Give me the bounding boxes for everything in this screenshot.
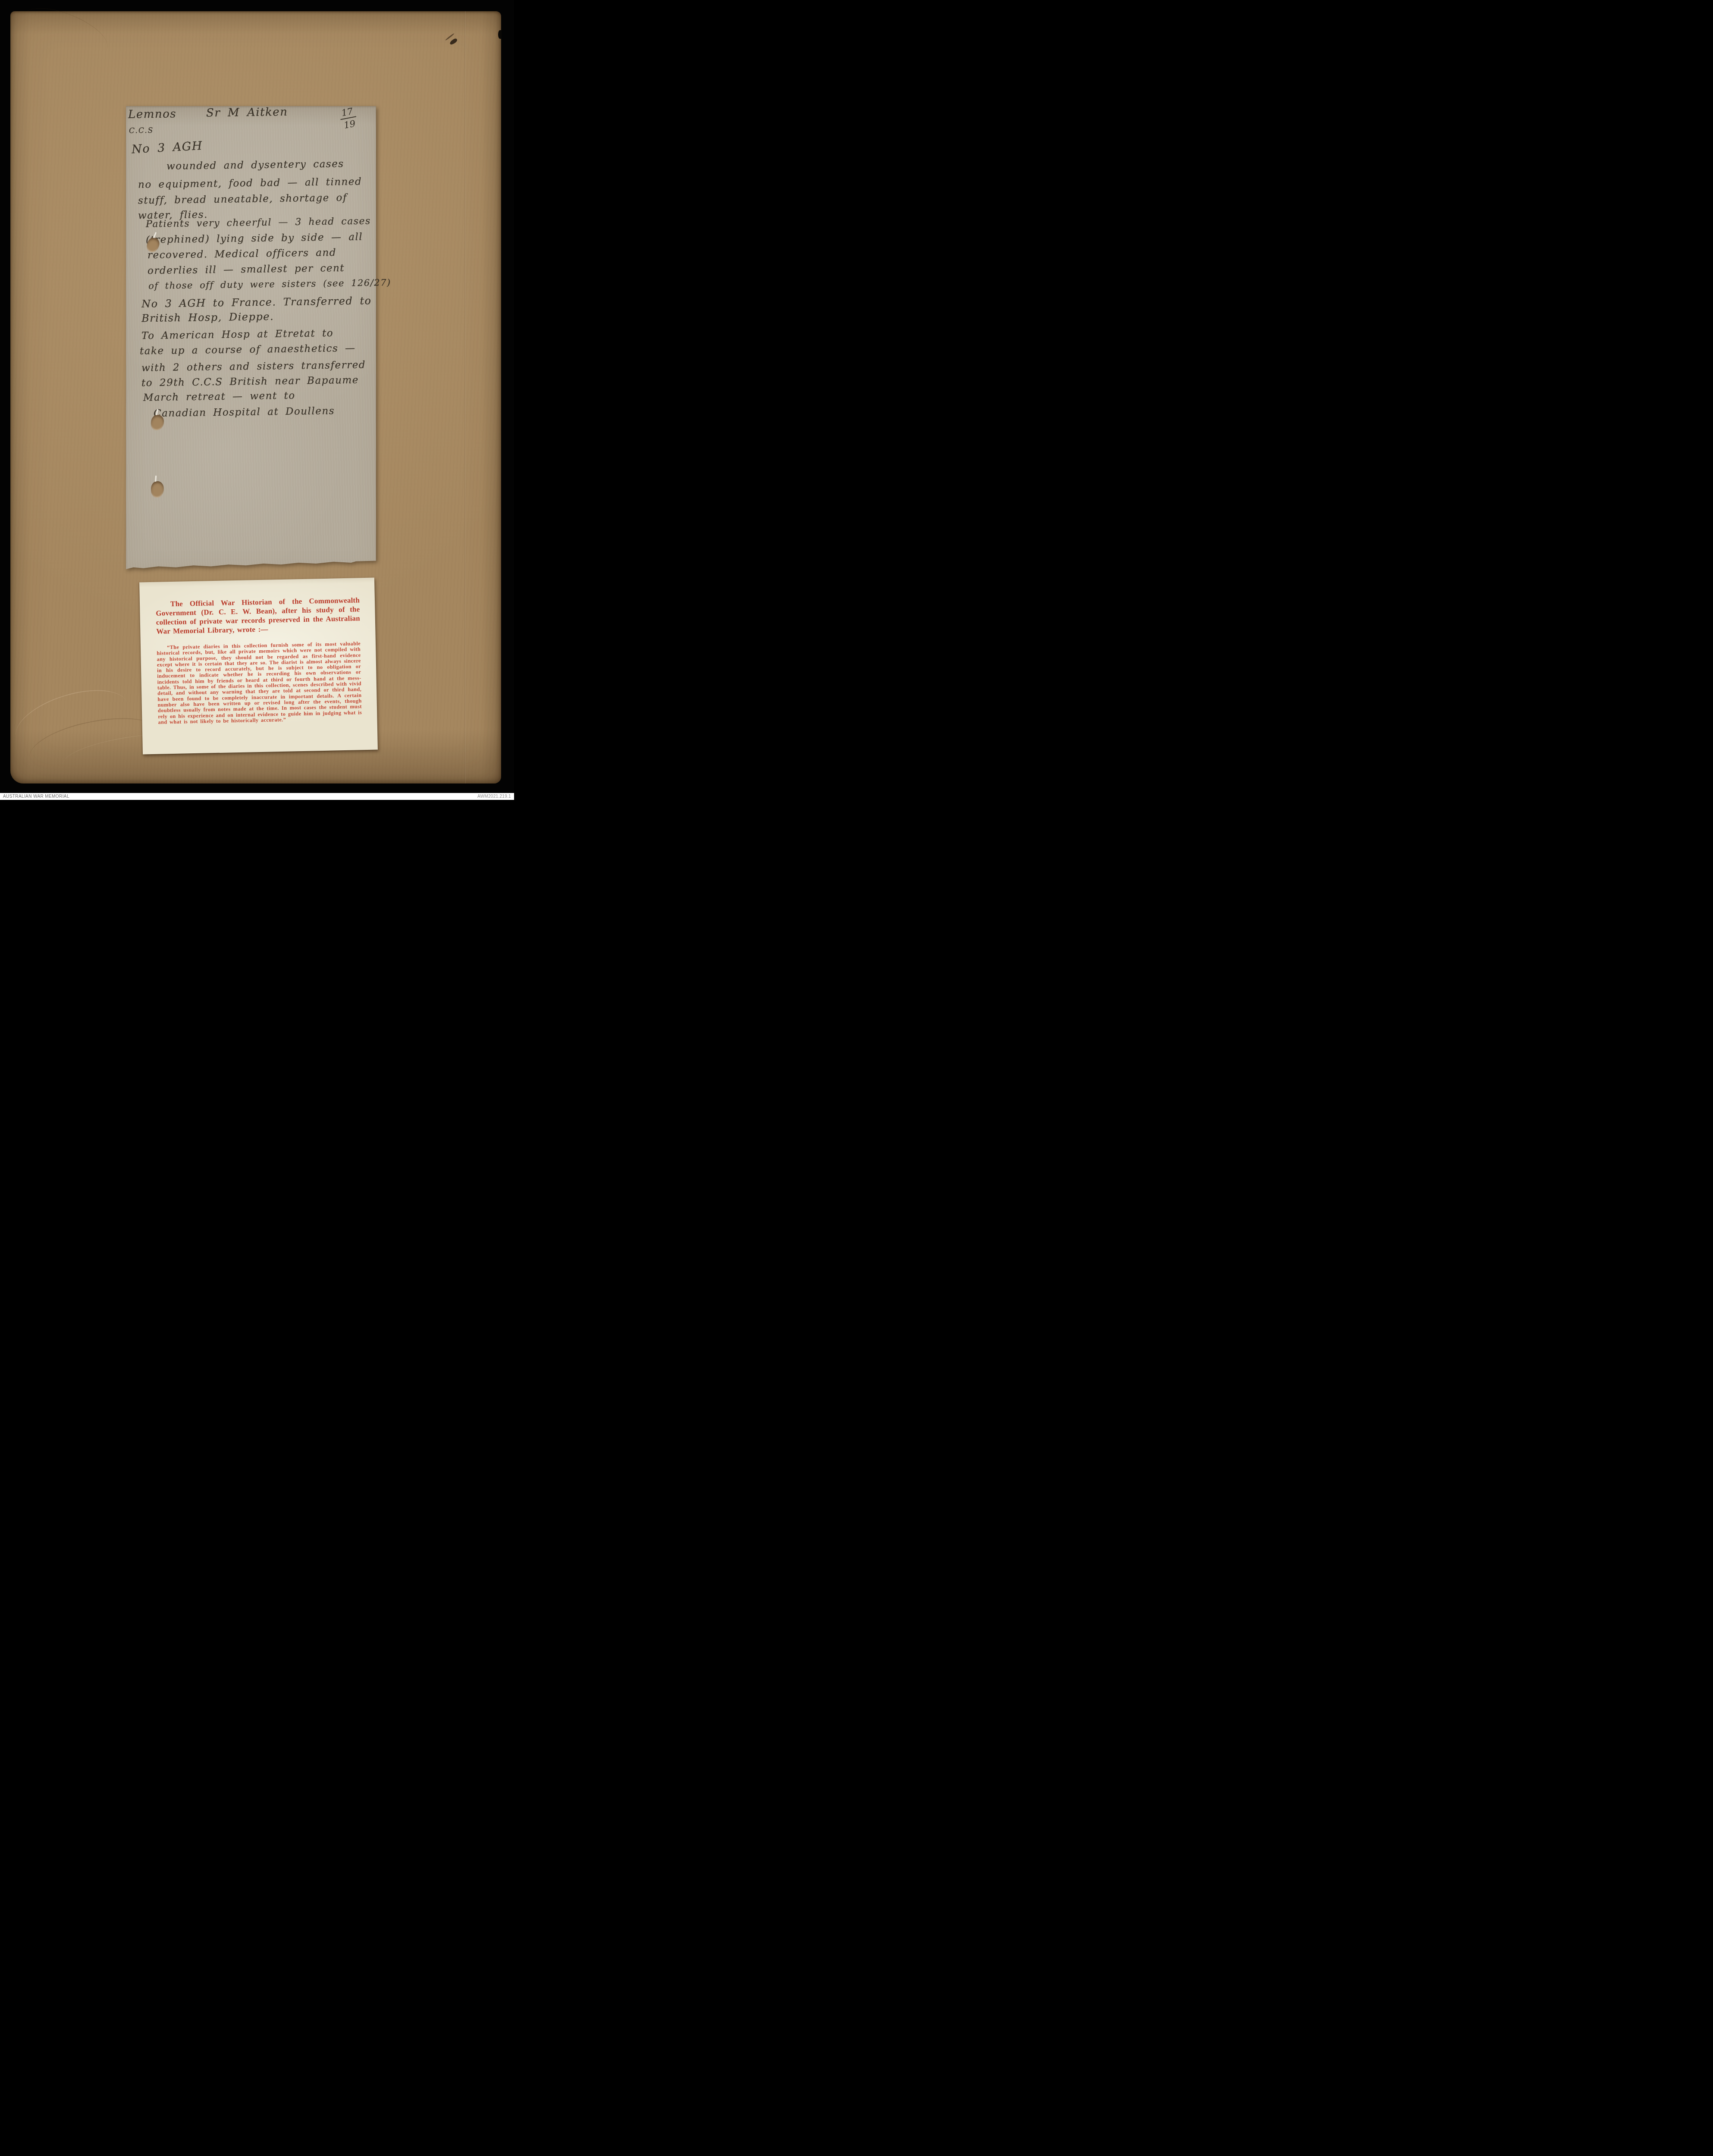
printed-archivist-slip: The Official War Historian of the Common… <box>139 578 378 755</box>
slip-body-quote: “The private diaries in this collection … <box>157 641 362 725</box>
archival-scan-page: Lemnos C.C.S Sr M Aitken 17 19 No 3 AGHw… <box>0 0 514 800</box>
credit-accession-number: AWM2021.219.1 <box>477 794 511 799</box>
board-edge-notch <box>498 30 502 39</box>
credit-institution: AUSTRALIAN WAR MEMORIAL <box>3 794 69 799</box>
credit-bar: AUSTRALIAN WAR MEMORIAL AWM2021.219.1 <box>0 793 514 800</box>
board-crease-topleft <box>16 0 114 66</box>
slip-content: The Official War Historian of the Common… <box>139 578 377 726</box>
board-tear-mark <box>449 38 458 46</box>
handwritten-note-paper <box>126 106 376 570</box>
board-crease-vertical <box>464 11 466 783</box>
handwritten-note-wrap <box>126 106 376 570</box>
slip-heading: The Official War Historian of the Common… <box>156 595 361 636</box>
